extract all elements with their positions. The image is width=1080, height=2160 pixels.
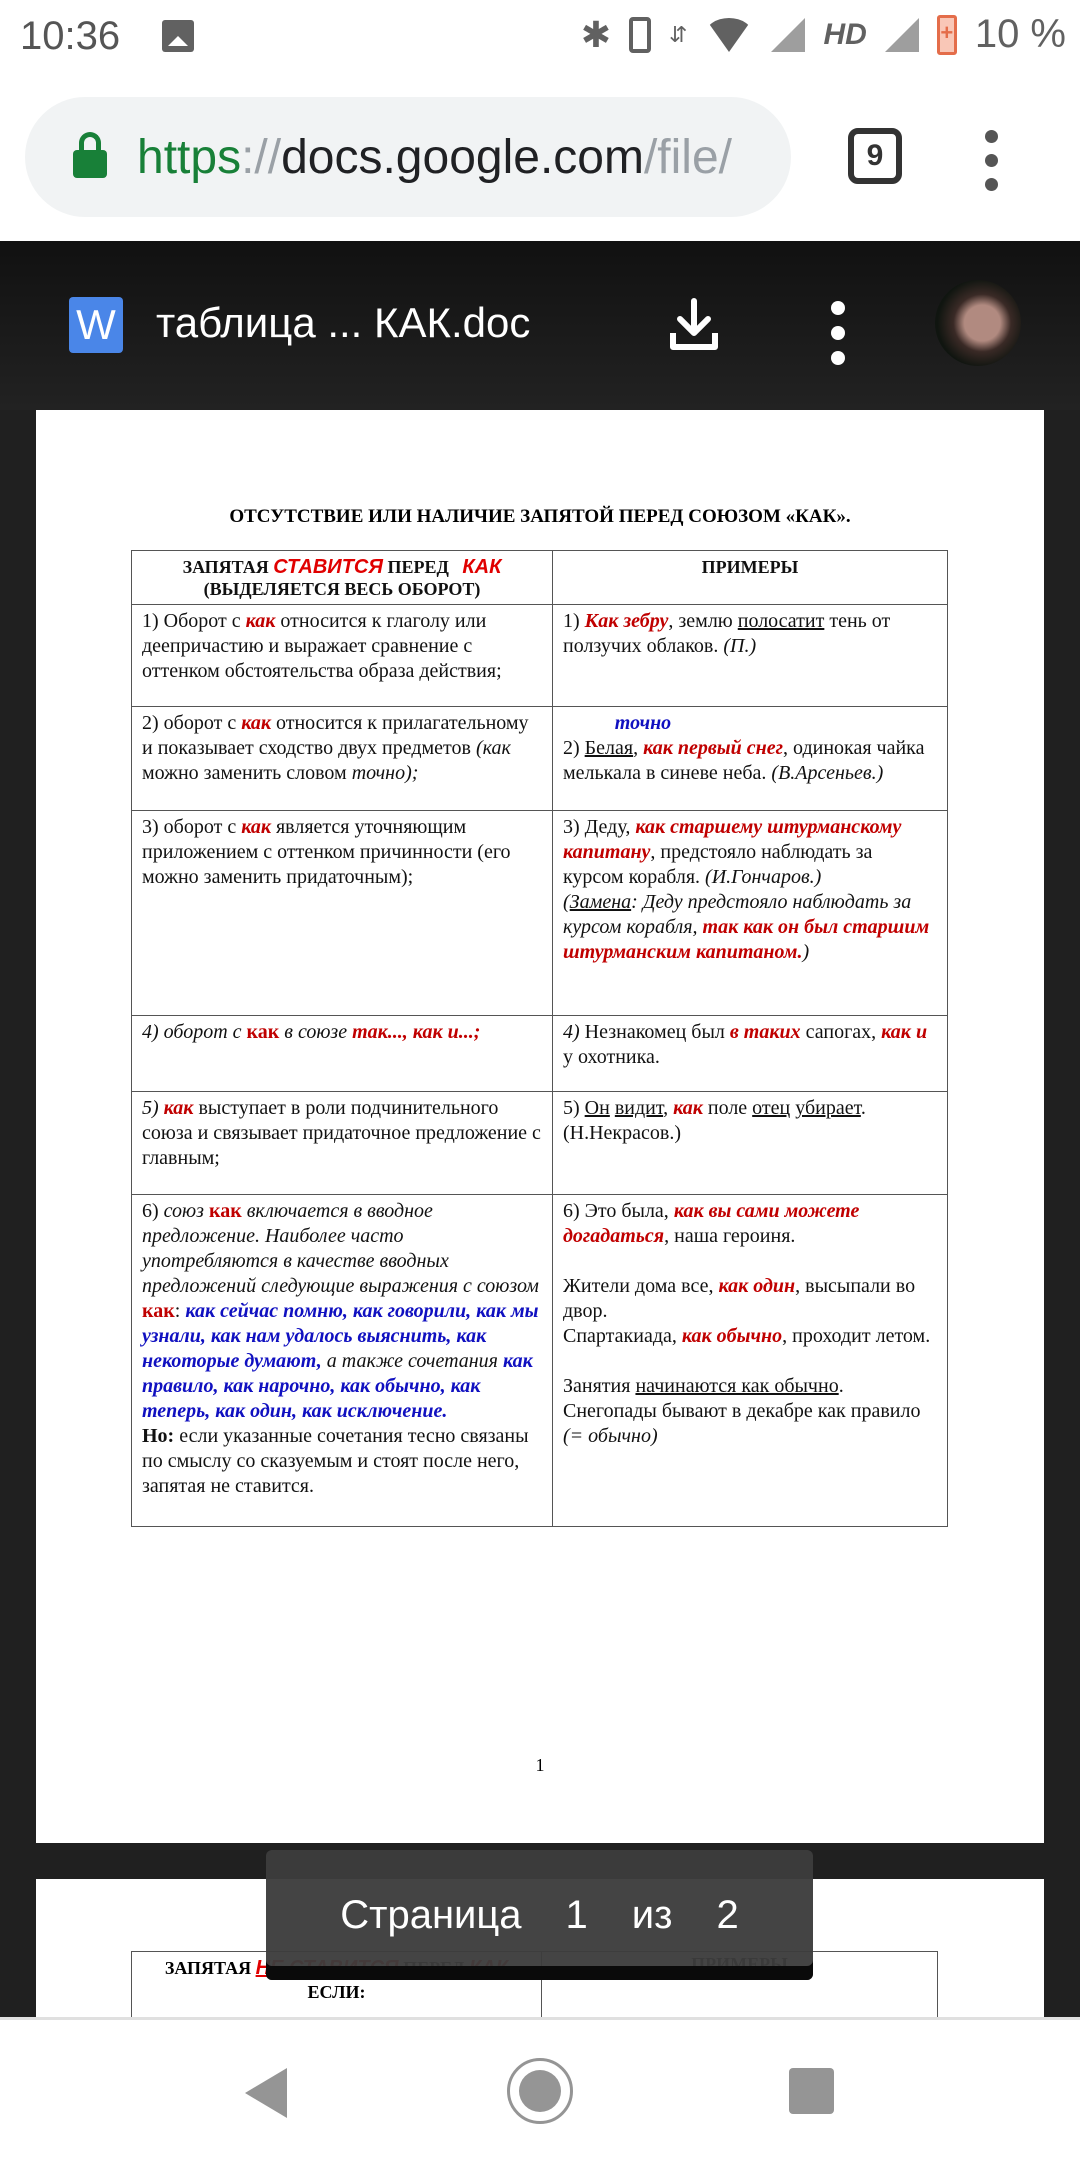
document-heading: ОТСУТСТВИЕ ИЛИ НАЛИЧИЕ ЗАПЯТОЙ ПЕРЕД СОЮ… [36,506,1044,528]
signal-2-icon [885,18,919,52]
url-text[interactable]: https://docs.google.com/file/ [137,130,732,185]
example-cell: 5) Он видит, как поле отец убирает. (Н.Н… [553,1092,948,1195]
wifi-icon [705,18,753,52]
status-icons: ✱ ⇵ HD 10 % [581,12,1066,57]
table-row: 2) оборот с как относится к прилагательн… [132,707,948,811]
network-type-label: HD [823,18,866,52]
back-icon[interactable] [245,2068,287,2118]
table-row: 1) Оборот с как относится к глаголу или … [132,605,948,707]
vibrate-icon [629,17,651,53]
url-host: docs.google.com [281,131,644,184]
status-time: 10:36 [20,14,120,59]
page-indicator-label: Страница [340,1893,521,1938]
address-bar[interactable]: https://docs.google.com/file/ [25,97,791,217]
example-cell: 4) Незнакомец был в таких сапогах, как и… [553,1016,948,1092]
status-bar: 10:36 ✱ ⇵ HD 10 % [0,0,1080,76]
doc-viewer-header: W таблица ... КАК.doc [0,241,1080,410]
url-path: /file/ [644,131,732,184]
page-number: 1 [36,1755,1044,1776]
url-separator: :// [241,131,281,184]
page-indicator-current: 1 [566,1893,588,1938]
recents-icon[interactable] [789,2068,834,2114]
header-rule: ЗАПЯТАЯ СТАВИТСЯ ПЕРЕД КАК (ВЫДЕЛЯЕТСЯ В… [132,551,553,605]
document-page-1: ОТСУТСТВИЕ ИЛИ НАЛИЧИЕ ЗАПЯТОЙ ПЕРЕД СОЮ… [36,410,1044,1843]
browser-menu-icon[interactable] [985,130,999,202]
browser-toolbar: https://docs.google.com/file/ 9 [0,76,1080,241]
table-row: 3) оборот с как является уточняющим прил… [132,811,948,1016]
url-scheme: https [137,131,241,184]
battery-icon [937,15,957,55]
tab-switcher-button[interactable]: 9 [848,128,902,184]
example-cell: 6) Это была, как вы сами можете догадать… [553,1195,948,1527]
page-indicator-total: 2 [716,1893,738,1938]
table-row: 6) союз как включается в вводное предлож… [132,1195,948,1527]
rule-cell: 2) оборот с как относится к прилагательн… [132,707,553,811]
table-header-row: ЗАПЯТАЯ СТАВИТСЯ ПЕРЕД КАК (ВЫДЕЛЯЕТСЯ В… [132,551,948,605]
rule-cell: 1) Оборот с как относится к глаголу или … [132,605,553,707]
rule-cell: 5) как выступает в роли подчинительного … [132,1092,553,1195]
example-cell: 1) Как зебру, землю полосатит тень от по… [553,605,948,707]
page-indicator: Страница 1 из 2 [266,1850,813,1980]
example-cell: 3) Деду, как старшему штурманскому капит… [553,811,948,1016]
image-notification-icon [162,20,194,52]
table-row: 4) оборот с как в союзе так..., как и...… [132,1016,948,1092]
page-indicator-of: из [632,1893,673,1938]
rule-cell: 6) союз как включается в вводное предлож… [132,1195,553,1527]
bluetooth-icon: ✱ [581,14,611,56]
data-arrows-icon: ⇵ [669,22,687,48]
doc-title: таблица ... КАК.doc [156,299,530,347]
more-options-icon[interactable] [831,301,845,376]
rules-table: ЗАПЯТАЯ СТАВИТСЯ ПЕРЕД КАК (ВЫДЕЛЯЕТСЯ В… [131,550,948,1527]
home-icon[interactable] [507,2058,573,2124]
rule-cell: 3) оборот с как является уточняющим прил… [132,811,553,1016]
header-examples: ПРИМЕРЫ [553,551,948,605]
signal-icon [771,18,805,52]
word-file-icon: W [69,297,123,353]
system-navigation-bar [0,2017,1080,2160]
battery-percent: 10 % [975,12,1066,57]
example-cell: точно2) Белая, как первый снег, одинокая… [553,707,948,811]
lock-icon[interactable] [73,150,107,178]
download-icon[interactable] [668,297,720,353]
table-row: 5) как выступает в роли подчинительного … [132,1092,948,1195]
rule-cell: 4) оборот с как в союзе так..., как и...… [132,1016,553,1092]
account-avatar[interactable] [935,280,1021,366]
